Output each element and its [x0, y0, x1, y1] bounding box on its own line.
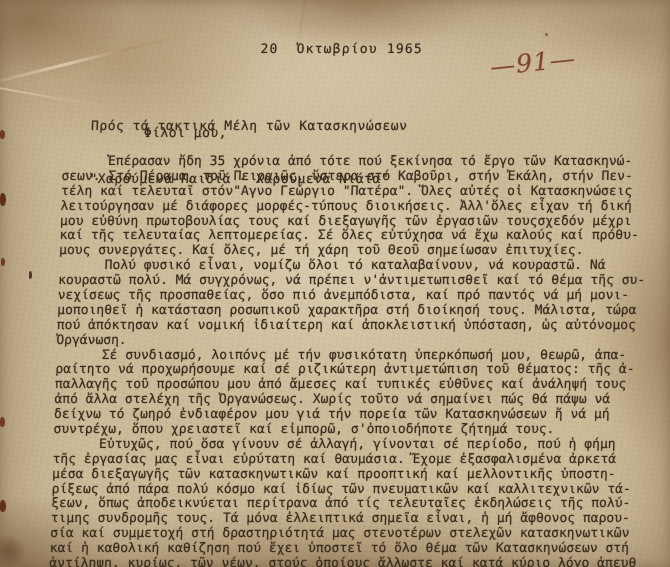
body-line: τῆς ἐργασίας μας εἶναι εὐρύτατη καί θαυμ… [52, 453, 639, 468]
body-line: Πολύ φυσικό εἶναι, νομίζω ὅλοι τό καταλα… [58, 259, 645, 274]
body-line: ἀπό ἄλλα στελέχη τῆς Ὀργανώσεως. Χωρίς τ… [54, 393, 641, 408]
salutation: Φίλοι μου, [144, 126, 228, 141]
body-line: τέλη καί τελευταῖ στόν"Αγνο Γεώργιο "Πατ… [61, 185, 648, 200]
body-line: συντρέχω, ὅπου χρειαστεῖ καί εἰμπορῶ, σ'… [53, 423, 640, 438]
body-line: σία καί συμμετοχή στή δραστηριότητά μας … [50, 527, 637, 542]
body-line: κουραστῶ πολύ. Μά συγχρόνως, νά πρέπει ν… [58, 274, 645, 289]
letter-content: 20 Ὀκτωβρίου 1965 —91— Πρός τά τακτικά Μ… [0, 0, 670, 567]
body-line: Ἐπέρασαν ἤδη 35 χρόνια ἀπό τότε πού ξεκί… [62, 155, 649, 170]
body-line: νεχίσεως τῆς προσπαθείας, ὅσο πιό ἀνεμπό… [57, 289, 644, 304]
date-line: 20 Ὀκτωβρίου 1965 [260, 42, 423, 57]
body-line: μέσα διεξαγωγῆς τῶν κατασκηνωτικῶν καί π… [52, 468, 639, 483]
body-line: λειτούργησαν μέ διάφορες μορφές-τύπους δ… [60, 200, 647, 215]
recipient-line: Πρός τά τακτικά Μέλη τῶν Κατασκηνώσεων [91, 118, 408, 136]
body-line: πού ἀπόκτησαν καί νομική ἰδιαίτερη καί ἀ… [57, 319, 644, 334]
body-line: ἀντίληψη, κυρίως, τῶν νέων, στούς ὁποίου… [49, 557, 636, 567]
body-line: μοποιηθεῖ ἡ κατάσταση ροσωπικοῦ χαρακτῆρ… [57, 304, 644, 319]
body-line: δείχνω τό ζωηρό ἐνδιαφέρον μου γιά τήν π… [54, 408, 641, 423]
body-line: καί ἡ καθολική καθίζηση πού ἔχει ὑποστεῖ… [49, 542, 636, 557]
handwritten-page-number: —91— [489, 44, 577, 82]
letter-body: Ἐπέρασαν ἤδη 35 χρόνια ἀπό τότε πού ξεκί… [49, 155, 649, 567]
body-line: μους συνεργάτες. Καί ὅλες, μέ τή χάρη το… [59, 244, 646, 259]
body-line: σεων. Στό Πέραμα, τοῦ Πειραιῶς, ὕστερα σ… [61, 170, 648, 185]
document-page: 20 Ὀκτωβρίου 1965 —91— Πρός τά τακτικά Μ… [0, 0, 670, 567]
body-line: Εὐτυχῶς, πού ὅσα γίνουν σέ ἀλλαγή, γίνον… [53, 438, 640, 453]
body-line: Ὀργάνωση. [56, 334, 643, 349]
